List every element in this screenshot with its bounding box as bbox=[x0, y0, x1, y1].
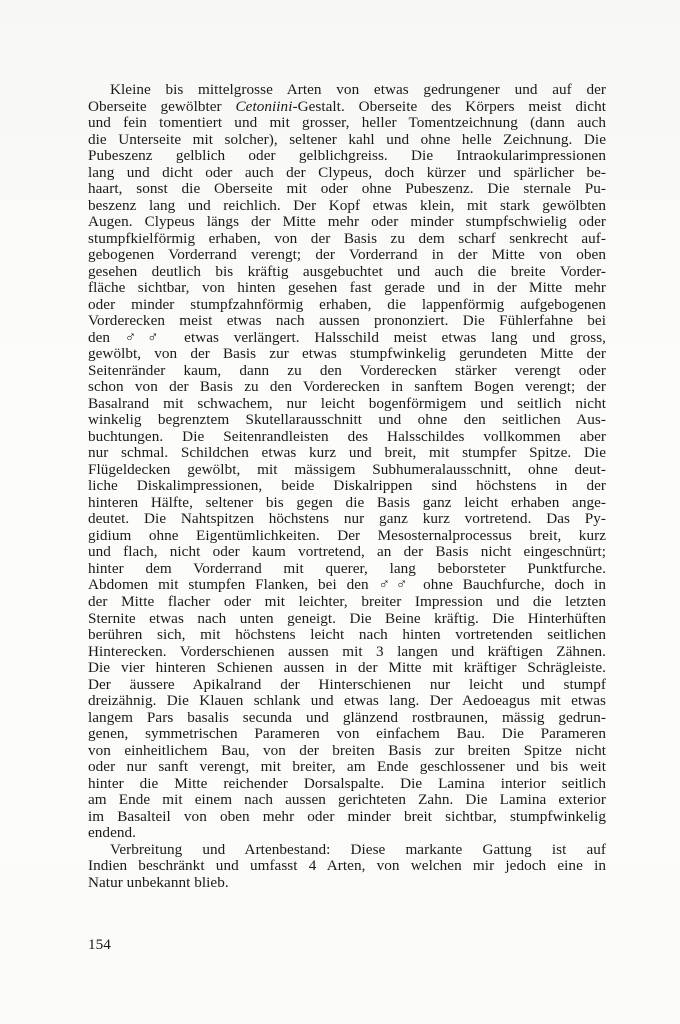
text-line: von einheitlichem Bau, von der breiten B… bbox=[88, 743, 606, 760]
text-line: gidium ohne Eigentümlichkeiten. Der Meso… bbox=[88, 528, 606, 545]
text-line: und flach, nicht oder kaum vortretend, a… bbox=[88, 544, 606, 561]
text-line: gebogenen Vorderrand verengt; der Vorder… bbox=[88, 247, 606, 264]
text-line: stumpfkielförmig erhaben, von der Basis … bbox=[88, 231, 606, 248]
text-line: berühren sich, mit höchstens leicht nach… bbox=[88, 627, 606, 644]
page-number: 154 bbox=[88, 936, 111, 954]
text-line: im Basalteil von oben mehr oder minder b… bbox=[88, 809, 606, 826]
text-line: winkelig begrenztem Skutellarausschnitt … bbox=[88, 412, 606, 429]
book-page: Kleine bis mittelgrosse Arten von etwas … bbox=[0, 0, 680, 1024]
text-line: die Unterseite mit solcher), seltener ka… bbox=[88, 132, 606, 149]
paragraph-distribution: Verbreitung und Artenbestand: Diese mark… bbox=[88, 842, 606, 892]
text-line: am Ende mit einem nach aussen gerichtete… bbox=[88, 792, 606, 809]
body-text: Kleine bis mittelgrosse Arten von etwas … bbox=[88, 82, 606, 891]
text-line: Basalrand mit schwachem, nur leicht boge… bbox=[88, 396, 606, 413]
text-line: gesehen deutlich bis kräftig ausgebuchte… bbox=[88, 264, 606, 281]
text-line: Flügeldecken gewölbt, mit mässigem Subhu… bbox=[88, 462, 606, 479]
text-line: oder nur sanft verengt, mit breiter, am … bbox=[88, 759, 606, 776]
text-line: Der äussere Apikalrand der Hinterschiene… bbox=[88, 677, 606, 694]
text-line: der Mitte flacher oder mit leichter, bre… bbox=[88, 594, 606, 611]
text-line: endend. bbox=[88, 825, 606, 842]
text-line: genen, symmetrischen Parameren von einfa… bbox=[88, 726, 606, 743]
text-line: den ♂♂ etwas verlängert. Halsschild meis… bbox=[88, 330, 606, 347]
text-line: fläche sichtbar, von hinten gesehen fast… bbox=[88, 280, 606, 297]
text-line: hinter die Mitte reichender Dorsalspalte… bbox=[88, 776, 606, 793]
text-line: deutet. Die Nahtspitzen höchstens nur ga… bbox=[88, 511, 606, 528]
text-line: buchtungen. Die Seitenrandleisten des Ha… bbox=[88, 429, 606, 446]
text-line: langem Pars basalis secunda und glänzend… bbox=[88, 710, 606, 727]
text-line: Kleine bis mittelgrosse Arten von etwas … bbox=[88, 82, 606, 99]
text-line: Indien beschränkt und umfasst 4 Arten, v… bbox=[88, 858, 606, 875]
text-line: beszenz lang und reichlich. Der Kopf etw… bbox=[88, 198, 606, 215]
text-line: Vorderecken meist etwas nach aussen pron… bbox=[88, 313, 606, 330]
text-line: oder minder stumpfzahnförmig erhaben, di… bbox=[88, 297, 606, 314]
text-line: Verbreitung und Artenbestand: Diese mark… bbox=[88, 842, 606, 859]
text-line: und fein tomentiert und mit grosser, hel… bbox=[88, 115, 606, 132]
text-line: Natur unbekannt blieb. bbox=[88, 875, 606, 892]
text-line: hinter dem Vorderrand mit querer, lang b… bbox=[88, 561, 606, 578]
paragraph-description: Kleine bis mittelgrosse Arten von etwas … bbox=[88, 82, 606, 842]
text-line: liche Diskalimpressionen, beide Diskalri… bbox=[88, 478, 606, 495]
text-line: schon von der Basis zu den Vorderecken i… bbox=[88, 379, 606, 396]
text-line: lang und dicht oder auch der Clypeus, do… bbox=[88, 165, 606, 182]
text-line: Seitenränder kaum, dann zu den Vordereck… bbox=[88, 363, 606, 380]
text-line: Oberseite gewölbter Cetoniini-Gestalt. O… bbox=[88, 99, 606, 116]
text-line: dreizähnig. Die Klauen schlank und etwas… bbox=[88, 693, 606, 710]
text-line: haart, sonst die Oberseite mit oder ohne… bbox=[88, 181, 606, 198]
text-line: Pubeszenz gelblich oder gelblichgreiss. … bbox=[88, 148, 606, 165]
text-line: nur schmal. Schildchen etwas kurz und br… bbox=[88, 445, 606, 462]
text-line: Abdomen mit stumpfen Flanken, bei den ♂♂… bbox=[88, 577, 606, 594]
text-line: hinteren Hälfte, seltener bis gegen die … bbox=[88, 495, 606, 512]
text-line: gewölbt, von der Basis zur etwas stumpfw… bbox=[88, 346, 606, 363]
text-line: Hinterecken. Vorderschienen aussen mit 3… bbox=[88, 644, 606, 661]
text-line: Die vier hinteren Schienen aussen in der… bbox=[88, 660, 606, 677]
text-line: Augen. Clypeus längs der Mitte mehr oder… bbox=[88, 214, 606, 231]
text-line: Sternite etwas nach unten geneigt. Die B… bbox=[88, 611, 606, 628]
